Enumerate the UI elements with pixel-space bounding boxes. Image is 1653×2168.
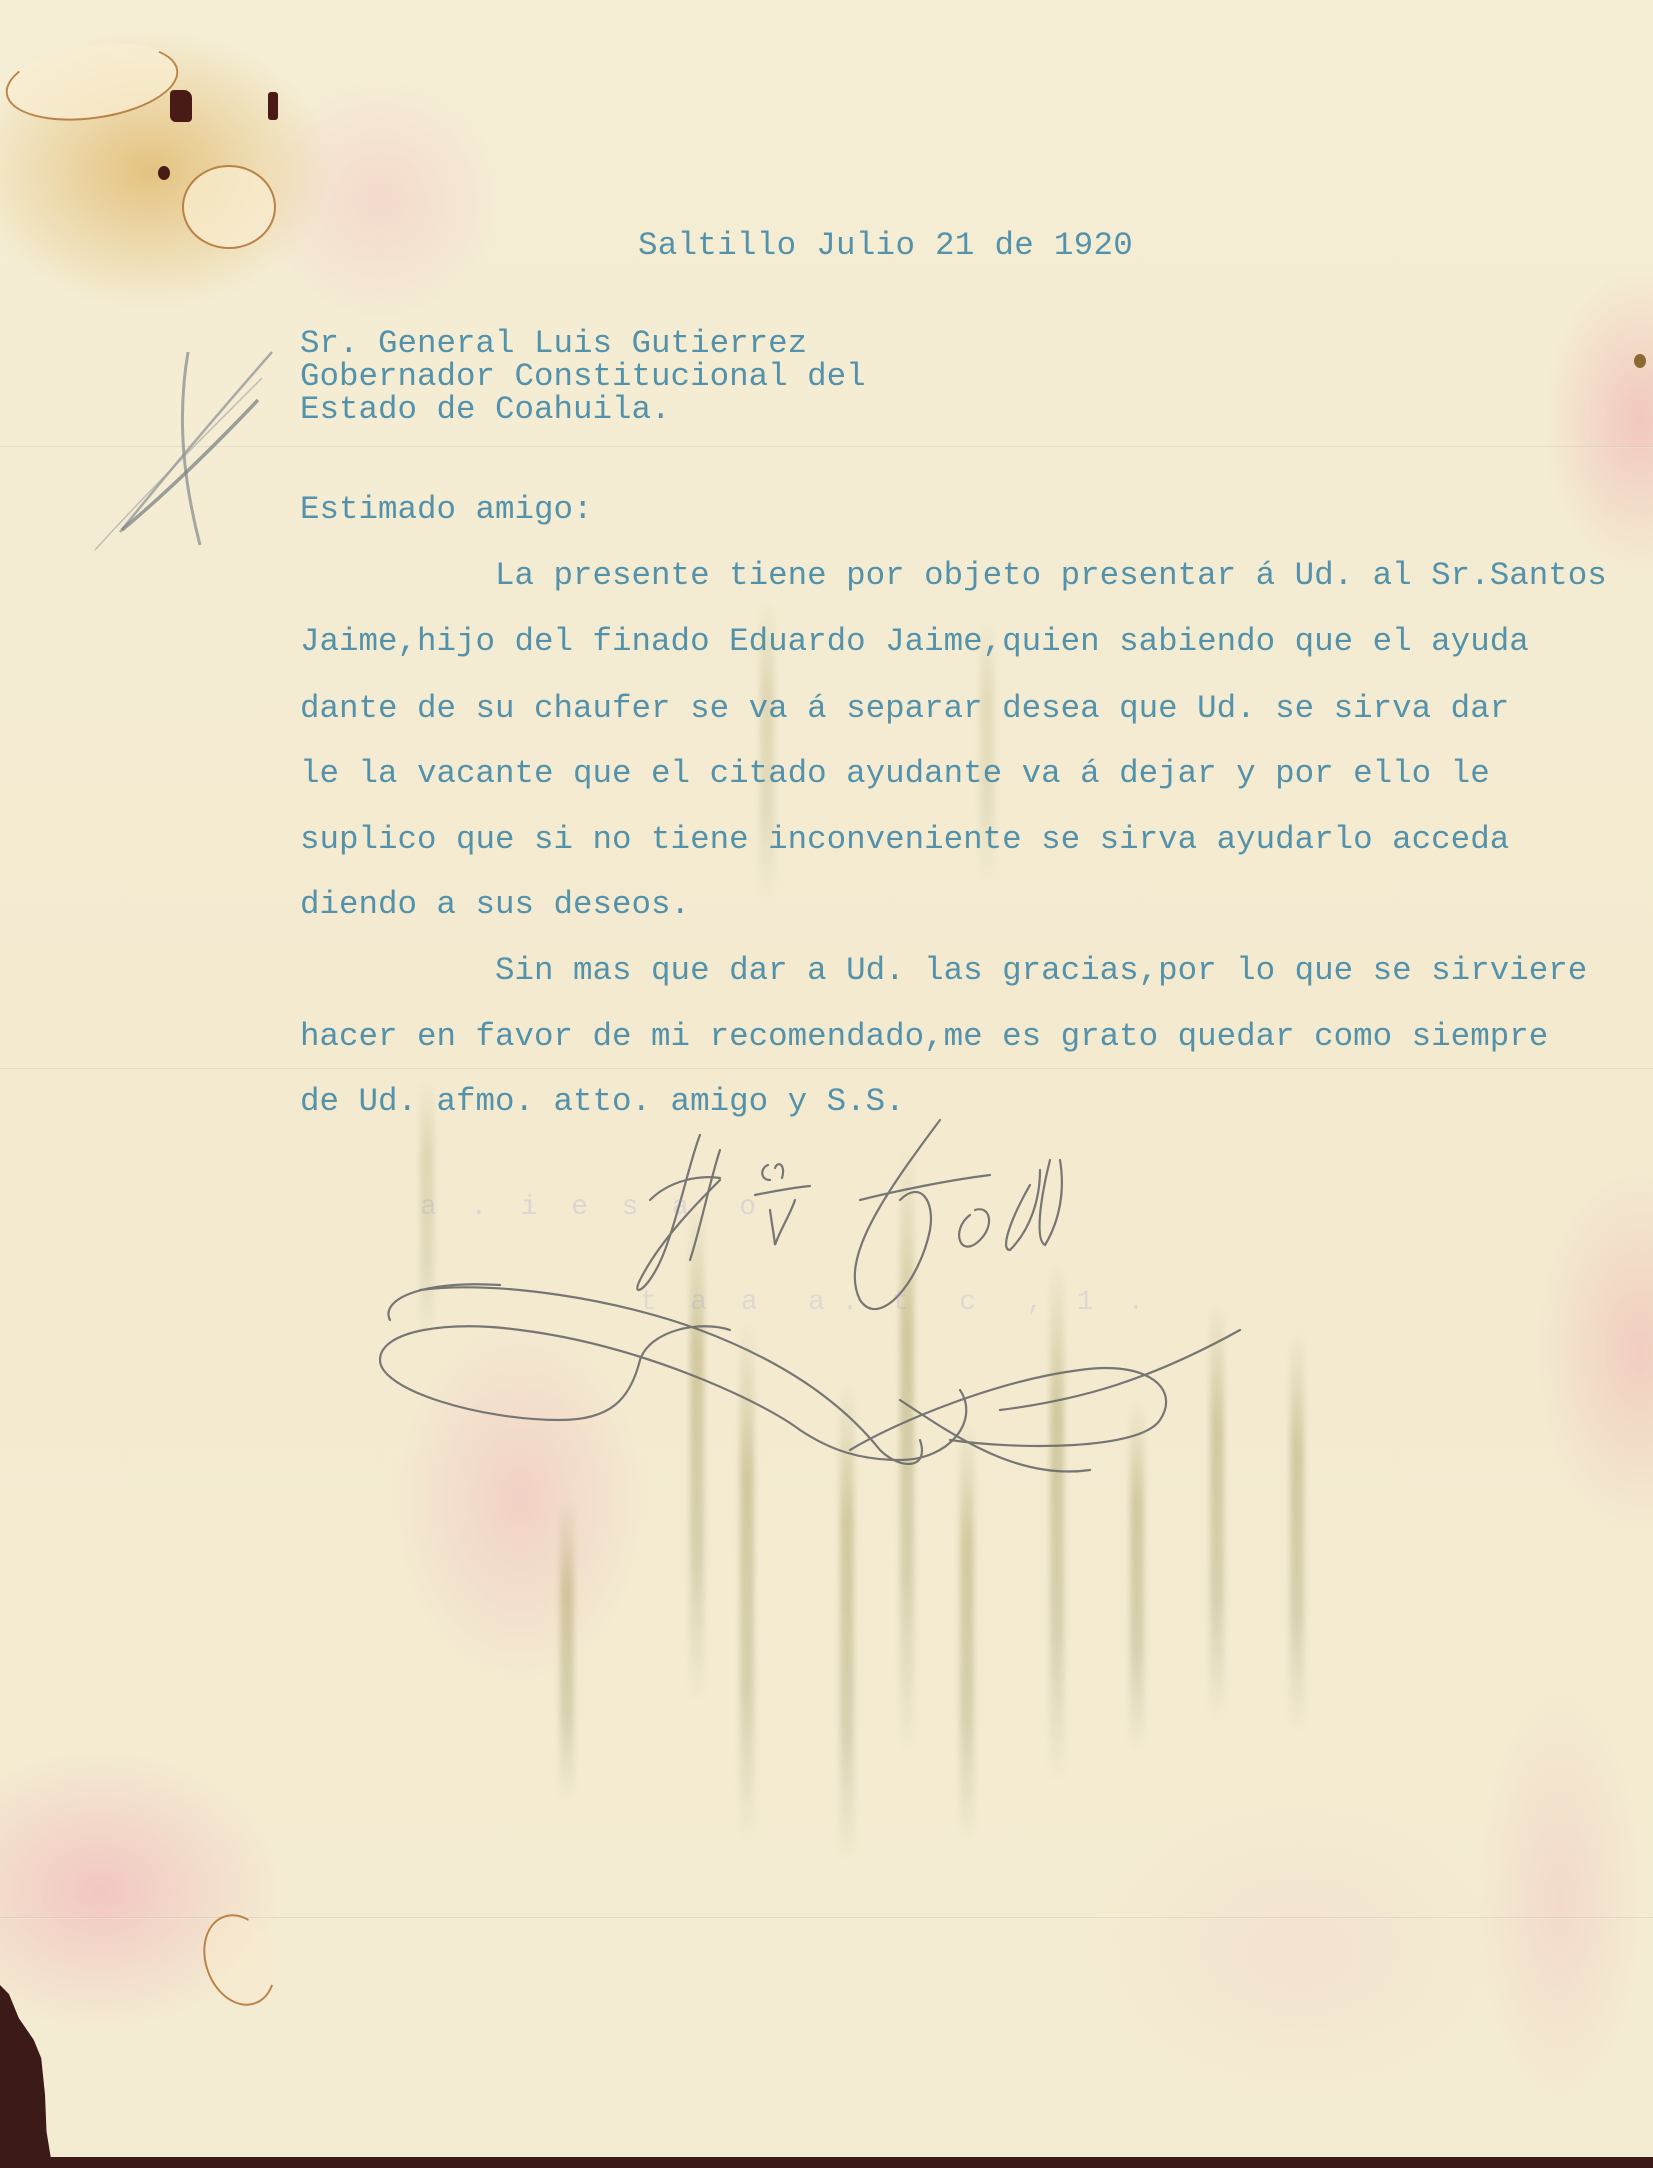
handwritten-signature (0, 0, 1653, 2168)
